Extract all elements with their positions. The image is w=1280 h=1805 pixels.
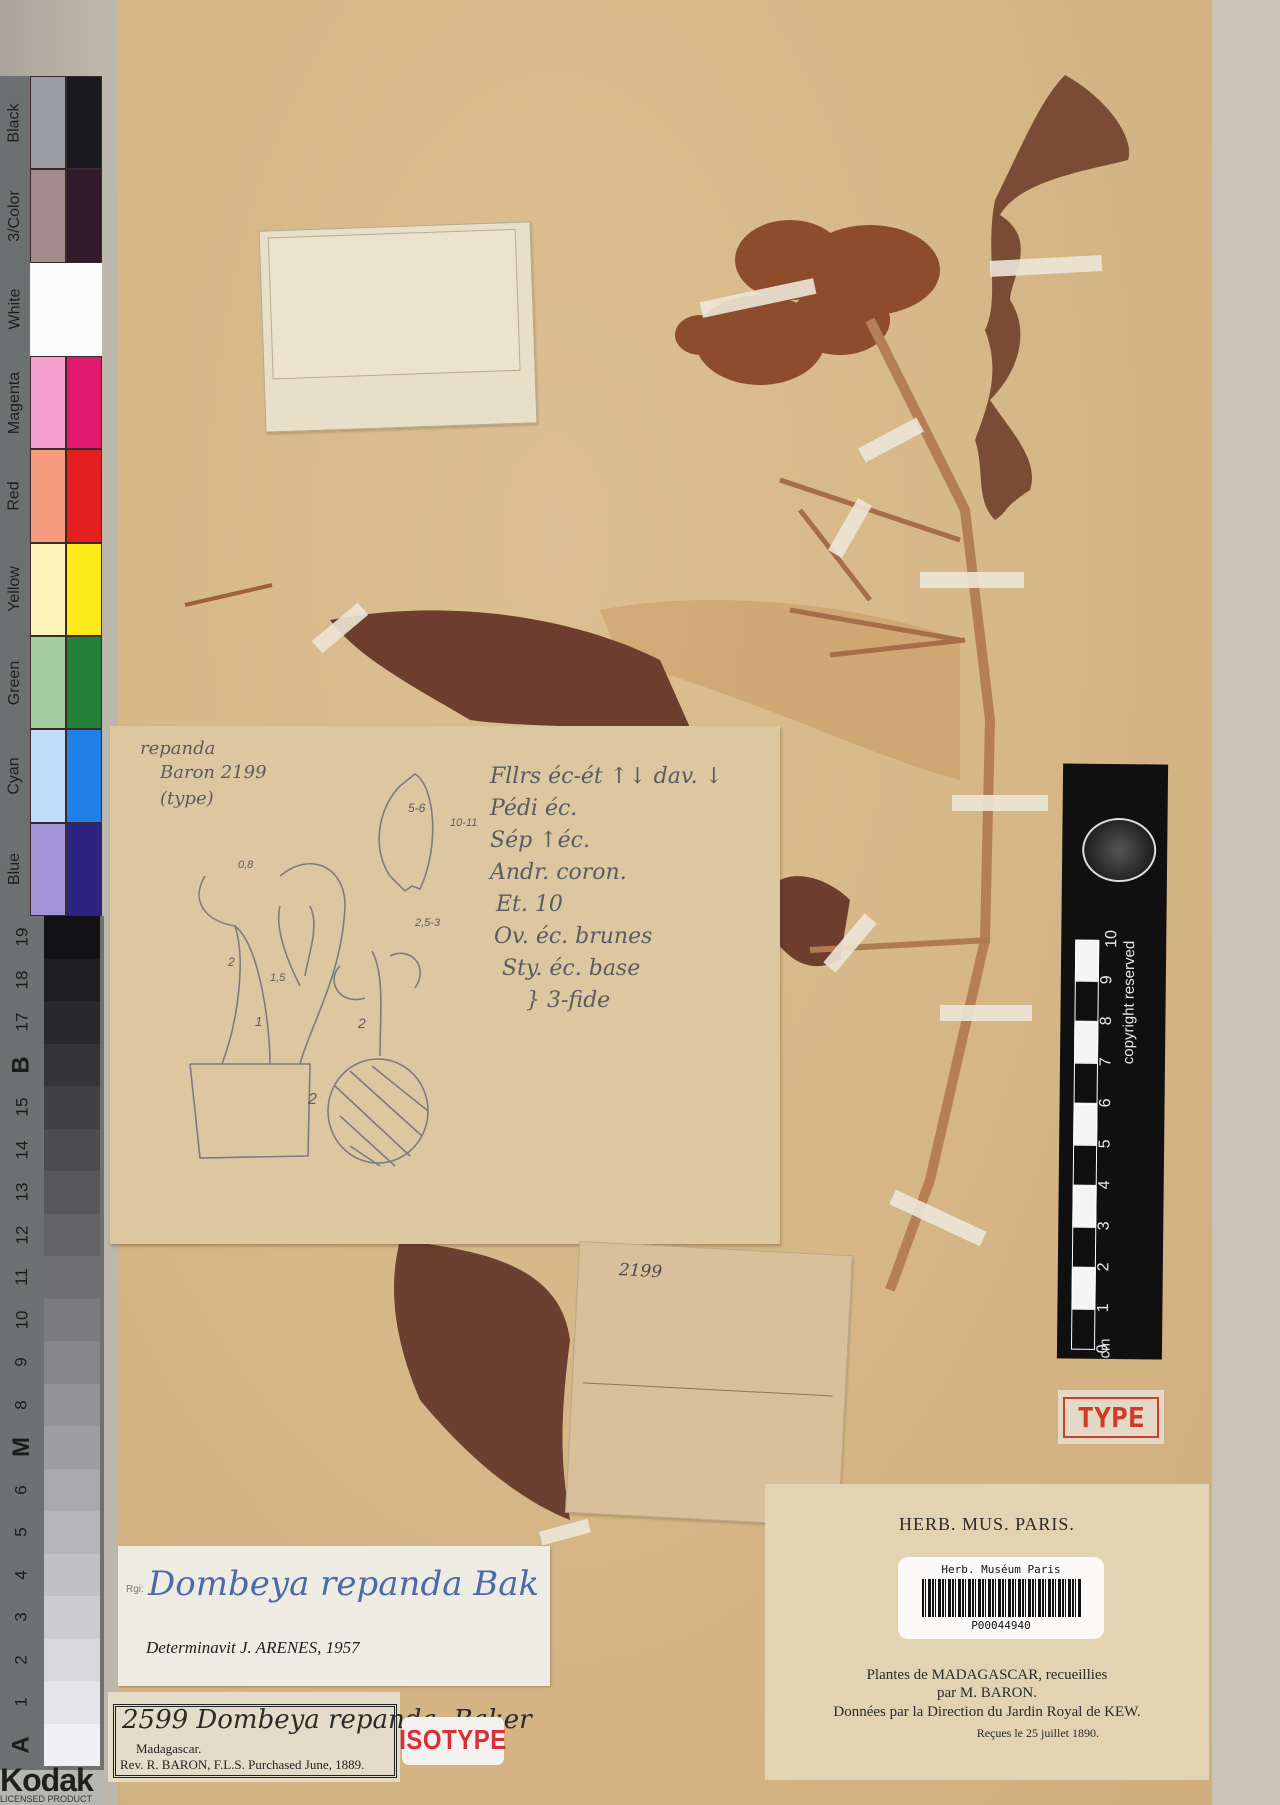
grey-step-label-text: 12 bbox=[12, 1225, 32, 1244]
ruler-segment bbox=[1074, 1063, 1098, 1104]
grey-step bbox=[44, 1256, 100, 1299]
color-swatch bbox=[30, 449, 66, 542]
color-swatch bbox=[30, 169, 66, 262]
botanical-sketches: 0,8 2 1,5 1 2 5-6 10-11 2,5-3 2 bbox=[110, 726, 780, 1244]
ruler-segment bbox=[1074, 1022, 1098, 1063]
grey-step bbox=[44, 1214, 100, 1257]
grey-step bbox=[44, 1171, 100, 1214]
scale-number: 1 bbox=[1095, 1303, 1113, 1312]
kodak-brand: Kodak LICENSED PRODUCT bbox=[0, 1770, 104, 1805]
svg-text:10-11: 10-11 bbox=[450, 817, 477, 829]
color-swatch bbox=[30, 823, 66, 916]
color-calibration-chart: Black3/ColorWhiteMagentaRedYellowGreenCy… bbox=[0, 76, 104, 916]
color-chart-label-text: Cyan bbox=[6, 757, 24, 794]
grey-step-label-text: 2 bbox=[12, 1655, 32, 1664]
color-swatch bbox=[66, 169, 102, 262]
color-chart-label-text: Red bbox=[6, 481, 24, 510]
grey-step-label: 15 bbox=[0, 1086, 44, 1129]
svg-text:5-6: 5-6 bbox=[408, 801, 426, 815]
grey-step-label-text: 4 bbox=[12, 1570, 32, 1579]
scale-number: 10 bbox=[1103, 930, 1121, 948]
grey-step bbox=[44, 1554, 100, 1597]
grey-step bbox=[44, 1001, 100, 1044]
color-chart-label-text: Magenta bbox=[6, 372, 24, 434]
determination-label: Rgi: Dombeya repanda Bak Determinavit J.… bbox=[118, 1546, 550, 1686]
grey-step-label-text: 13 bbox=[12, 1183, 32, 1202]
grey-step-label-text: 5 bbox=[12, 1528, 32, 1537]
grey-step-label: 2 bbox=[0, 1639, 44, 1682]
copyright-text: copyright reserved bbox=[1120, 941, 1138, 1065]
grey-step bbox=[44, 1384, 100, 1427]
ruler-segment bbox=[1071, 1309, 1095, 1350]
barcode-sticker: Herb. Muséum Paris P00044940 bbox=[898, 1557, 1104, 1639]
color-patch-row bbox=[30, 356, 102, 449]
isotype-text: ISOTYPE bbox=[399, 1725, 507, 1757]
ruler-segment bbox=[1072, 1186, 1096, 1227]
grey-step bbox=[44, 1044, 100, 1087]
museum-seal-icon bbox=[1082, 818, 1157, 883]
grey-step bbox=[44, 1469, 100, 1512]
determination-prefix: Rgi: bbox=[126, 1584, 144, 1595]
grey-step bbox=[44, 959, 100, 1002]
grey-step bbox=[44, 1129, 100, 1172]
color-chart-label: White bbox=[0, 263, 30, 356]
grey-step-label: M bbox=[0, 1426, 44, 1469]
color-chart-label: Black bbox=[0, 76, 30, 169]
grey-step-label: 5 bbox=[0, 1511, 44, 1554]
color-patch-row bbox=[30, 729, 102, 822]
grey-step-label-text: M bbox=[8, 1437, 36, 1457]
collector-label-frame: 2599 Dombeya repanda, Baker Madagascar. … bbox=[113, 1704, 397, 1778]
ruler-segment bbox=[1075, 940, 1099, 981]
grey-step bbox=[44, 916, 100, 959]
color-patch-row bbox=[30, 449, 102, 542]
color-swatch bbox=[30, 729, 66, 822]
grey-step-label: 1 bbox=[0, 1681, 44, 1724]
kodak-subtitle: LICENSED PRODUCT bbox=[0, 1794, 92, 1804]
type-stamp: TYPE bbox=[1058, 1390, 1164, 1444]
grey-step-label: 8 bbox=[0, 1384, 44, 1427]
determination-species-name: Dombeya repanda Bak bbox=[148, 1564, 539, 1604]
color-chart-label: Green bbox=[0, 636, 30, 729]
color-chart-label: Blue bbox=[0, 823, 30, 916]
ruler bbox=[1071, 940, 1099, 1350]
collector-label: 2599 Dombeya repanda, Baker Madagascar. … bbox=[108, 1692, 400, 1782]
color-chart-label-text: Black bbox=[6, 103, 24, 142]
color-chart-label: Yellow bbox=[0, 543, 30, 636]
color-swatch bbox=[30, 543, 66, 636]
grey-step bbox=[44, 1724, 100, 1767]
grey-step bbox=[44, 1299, 100, 1342]
color-chart-label-text: Yellow bbox=[6, 566, 24, 612]
color-swatch bbox=[66, 76, 102, 169]
color-chart-label-text: Blue bbox=[6, 853, 24, 885]
grey-step-label: 9 bbox=[0, 1341, 44, 1384]
grey-step-label-text: 18 bbox=[12, 970, 32, 989]
color-swatch bbox=[66, 356, 102, 449]
collector-locality: Madagascar. bbox=[136, 1741, 201, 1757]
grey-step-label-text: A bbox=[8, 1736, 36, 1753]
scale-number: 5 bbox=[1097, 1139, 1115, 1148]
scale-unit: cm bbox=[1096, 1338, 1113, 1358]
grey-step bbox=[44, 1341, 100, 1384]
color-chart-label-text: Green bbox=[6, 660, 24, 704]
grey-step-label-text: B bbox=[8, 1056, 36, 1073]
color-swatch bbox=[30, 636, 66, 729]
grey-step-label: 14 bbox=[0, 1129, 44, 1172]
ruler-segment bbox=[1072, 1227, 1096, 1268]
grey-step bbox=[44, 1639, 100, 1682]
scale-number: 7 bbox=[1097, 1057, 1115, 1066]
herbarium-received-date: Reçues le 25 juillet 1890. bbox=[977, 1726, 1099, 1741]
svg-text:2,5-3: 2,5-3 bbox=[414, 917, 441, 929]
svg-text:1: 1 bbox=[255, 1014, 262, 1029]
grey-step-label: 12 bbox=[0, 1214, 44, 1257]
scale-number: 6 bbox=[1097, 1098, 1115, 1107]
scale-number: 8 bbox=[1098, 1016, 1116, 1025]
color-chart-label-text: 3/Color bbox=[6, 190, 24, 242]
color-swatch bbox=[30, 356, 66, 449]
color-chart-label: Magenta bbox=[0, 356, 30, 449]
color-swatch bbox=[30, 76, 66, 169]
handwritten-notes-sheet: repanda Baron 2199 (type) Fllrs éc-ét ↑↓… bbox=[110, 726, 780, 1244]
grey-step-label-text: 14 bbox=[12, 1140, 32, 1159]
ruler-segment bbox=[1074, 981, 1098, 1022]
color-patch-row bbox=[30, 263, 102, 356]
color-swatch bbox=[66, 636, 102, 729]
grey-step bbox=[44, 1426, 100, 1469]
grey-step-label-text: 1 bbox=[12, 1698, 32, 1707]
determinavit-line: Determinavit J. ARENES, 1957 bbox=[146, 1638, 360, 1658]
color-patch-row bbox=[30, 76, 102, 169]
grey-step bbox=[44, 1511, 100, 1554]
grey-scale-chart: 191817B15141312111098M654321A bbox=[0, 916, 104, 1786]
color-chart-label-text: White bbox=[6, 289, 24, 330]
barcode-icon bbox=[922, 1579, 1082, 1617]
grey-step bbox=[44, 1596, 100, 1639]
grey-step-label: 18 bbox=[0, 959, 44, 1002]
grey-step-label-text: 10 bbox=[12, 1310, 32, 1329]
color-patch-row bbox=[30, 169, 102, 262]
ruler-segment bbox=[1071, 1268, 1095, 1309]
herbarium-line-3: Données par la Direction du Jardin Royal… bbox=[765, 1704, 1209, 1721]
grey-step-label: 19 bbox=[0, 916, 44, 959]
grey-step-label-text: 6 bbox=[12, 1485, 32, 1494]
grey-step-label-text: 8 bbox=[12, 1400, 32, 1409]
grey-step-label-text: 17 bbox=[12, 1013, 32, 1032]
svg-text:2: 2 bbox=[227, 955, 235, 969]
color-chart-label: 3/Color bbox=[0, 169, 30, 262]
grey-step-label: B bbox=[0, 1044, 44, 1087]
grey-step-label: 6 bbox=[0, 1469, 44, 1512]
grey-step-label: 17 bbox=[0, 1001, 44, 1044]
svg-text:2: 2 bbox=[357, 1015, 366, 1031]
type-stamp-text: TYPE bbox=[1063, 1397, 1158, 1438]
grey-step bbox=[44, 1681, 100, 1724]
color-swatch bbox=[66, 449, 102, 542]
envelope-number: 2199 bbox=[618, 1260, 662, 1282]
ruler-segment bbox=[1073, 1104, 1097, 1145]
scale-number: 4 bbox=[1096, 1180, 1114, 1189]
color-patch-row bbox=[30, 543, 102, 636]
grey-step-label-text: 11 bbox=[12, 1268, 32, 1286]
color-chart-label: Red bbox=[0, 449, 30, 542]
herbarium-line-2: par M. BARON. bbox=[765, 1685, 1209, 1702]
herbarium-title: HERB. MUS. PARIS. bbox=[765, 1514, 1209, 1535]
grey-step-label: A bbox=[0, 1724, 44, 1767]
herbarium-line-1: Plantes de MADAGASCAR, recueillies bbox=[765, 1667, 1209, 1684]
scale-bar: 012345678910 copyright reserved cm bbox=[1057, 763, 1168, 1359]
grey-step-label: 13 bbox=[0, 1171, 44, 1214]
color-swatch bbox=[66, 729, 102, 822]
grey-step bbox=[44, 1086, 100, 1129]
grey-step-label: 10 bbox=[0, 1299, 44, 1342]
color-chart-label: Cyan bbox=[0, 729, 30, 822]
grey-step-label-text: 15 bbox=[12, 1098, 32, 1117]
barcode-number: P00044940 bbox=[898, 1619, 1104, 1632]
ruler-segment bbox=[1073, 1145, 1097, 1186]
grey-step-label-text: 9 bbox=[12, 1358, 32, 1367]
grey-step-label-text: 19 bbox=[12, 928, 32, 947]
envelope-flap bbox=[268, 229, 521, 380]
isotype-label: ISOTYPE bbox=[402, 1717, 504, 1765]
scale-number: 3 bbox=[1096, 1221, 1114, 1230]
color-swatch bbox=[66, 543, 102, 636]
scale-number: 9 bbox=[1098, 975, 1116, 984]
color-swatch bbox=[66, 823, 102, 916]
herbarium-label: HERB. MUS. PARIS. Herb. Muséum Paris P00… bbox=[765, 1484, 1209, 1780]
grey-step-label: 3 bbox=[0, 1596, 44, 1639]
color-patch-row bbox=[30, 636, 102, 729]
sketch-measure-08: 0,8 bbox=[238, 859, 254, 871]
color-swatch bbox=[30, 263, 66, 356]
color-swatch bbox=[66, 263, 102, 356]
sheet-edge-border bbox=[1212, 0, 1280, 1805]
scale-number: 2 bbox=[1095, 1262, 1113, 1271]
grey-step-label: 11 bbox=[0, 1256, 44, 1299]
svg-text:2: 2 bbox=[307, 1091, 317, 1108]
specimen-envelope-top bbox=[259, 221, 538, 432]
collector-name: Rev. R. BARON, F.L.S. Purchased June, 18… bbox=[120, 1757, 364, 1773]
grey-step-label-text: 3 bbox=[12, 1613, 32, 1622]
barcode-institution: Herb. Muséum Paris bbox=[898, 1563, 1104, 1576]
color-patch-row bbox=[30, 823, 102, 916]
svg-text:1,5: 1,5 bbox=[270, 972, 286, 984]
grey-step-label: 4 bbox=[0, 1554, 44, 1597]
